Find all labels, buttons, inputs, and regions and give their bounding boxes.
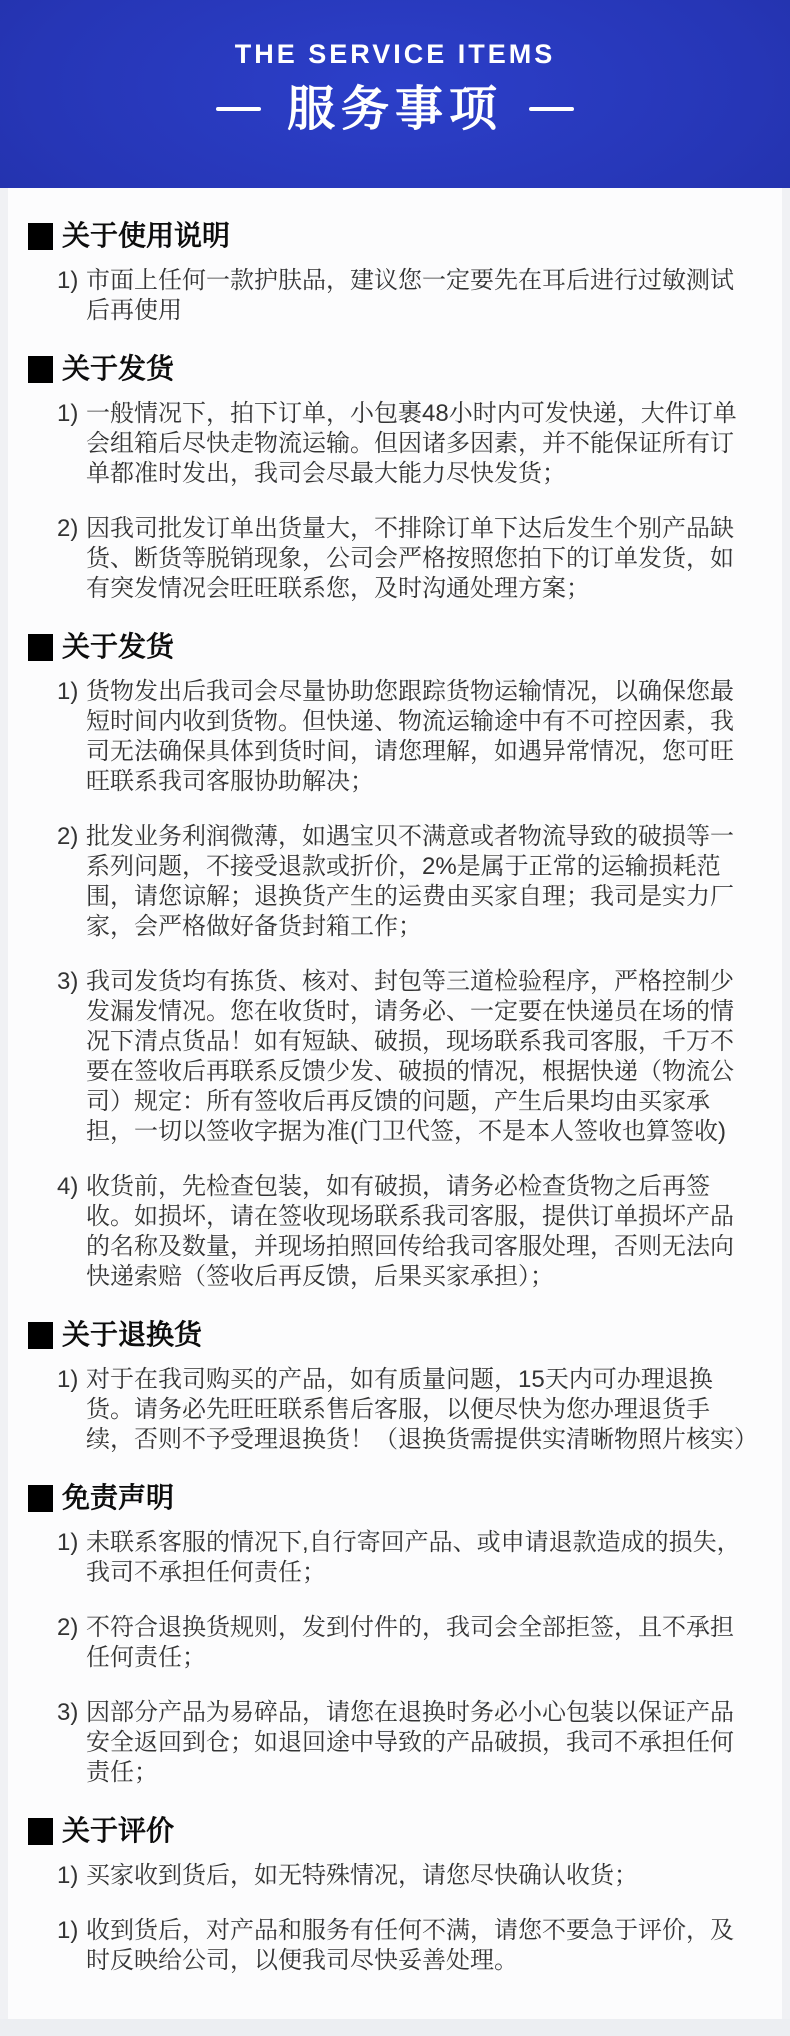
item-number: 1) xyxy=(57,1861,86,1891)
banner-title-row: 服务事项 xyxy=(0,82,790,136)
list-item: 3) 因部分产品为易碎品，请您在退换时务必小心包装以保证产品安全返回到仓；如退回… xyxy=(57,1698,756,1788)
item-text: 批发业务利润微薄，如遇宝贝不满意或者物流导致的破损等一系列问题，不接受退款或折价… xyxy=(86,822,756,942)
list-item: 2) 因我司批发订单出货量大，不排除订单下达后发生个别产品缺货、断货等脱销现象，… xyxy=(57,514,756,604)
black-square-icon xyxy=(28,1485,53,1512)
list-item: 1) 买家收到货后，如无特殊情况，请您尽快确认收货； xyxy=(57,1861,756,1891)
section-header: 关于发货 xyxy=(28,629,756,665)
service-items-page: { "page": { "background_color": "#f0f1f4… xyxy=(0,0,790,2036)
list-item: 2) 批发业务利润微薄，如遇宝贝不满意或者物流导致的破损等一系列问题，不接受退款… xyxy=(57,822,756,942)
service-section: 关于退换货 1) 对于在我司购买的产品，如有质量问题，15天内可办理退换货。请务… xyxy=(8,1317,782,1455)
section-header: 关于评价 xyxy=(28,1813,756,1849)
service-section: 关于发货 1) 货物发出后我司会尽量协助您跟踪货物运输情况，以确保您最短时间内收… xyxy=(8,629,782,1292)
black-square-icon xyxy=(28,634,53,661)
section-title: 关于发货 xyxy=(62,351,174,387)
section-title: 关于退换货 xyxy=(62,1317,202,1353)
section-items: 1) 未联系客服的情况下,自行寄回产品、或申请退款造成的损失，我司不承担任何责任… xyxy=(8,1528,782,1788)
item-text: 我司发货均有拣货、核对、封包等三道检验程序，严格控制少发漏发情况。您在收货时，请… xyxy=(86,967,756,1147)
banner-title-en: THE SERVICE ITEMS xyxy=(0,40,790,68)
item-number: 1) xyxy=(57,1528,86,1588)
item-number: 2) xyxy=(57,514,86,604)
section-items: 1) 市面上任何一款护肤品，建议您一定要先在耳后进行过敏测试后再使用 xyxy=(8,266,782,326)
section-header: 关于使用说明 xyxy=(28,218,756,254)
section-title: 关于评价 xyxy=(62,1813,174,1849)
list-item: 1) 对于在我司购买的产品，如有质量问题，15天内可办理退换货。请务必先旺旺联系… xyxy=(57,1365,756,1455)
section-header: 关于发货 xyxy=(28,351,756,387)
section-title: 关于使用说明 xyxy=(62,218,230,254)
item-number: 4) xyxy=(57,1172,86,1292)
item-text: 不符合退换货规则，发到付件的，我司会全部拒签，且不承担任何责任； xyxy=(86,1613,756,1673)
item-number: 1) xyxy=(57,677,86,797)
banner-title-cn: 服务事项 xyxy=(287,82,503,136)
sections-container: 关于使用说明 1) 市面上任何一款护肤品，建议您一定要先在耳后进行过敏测试后再使… xyxy=(8,218,782,1976)
item-text: 买家收到货后，如无特殊情况，请您尽快确认收货； xyxy=(86,1861,756,1891)
item-number: 3) xyxy=(57,967,86,1147)
service-card: 关于使用说明 1) 市面上任何一款护肤品，建议您一定要先在耳后进行过敏测试后再使… xyxy=(8,188,782,2019)
section-header: 免责声明 xyxy=(28,1480,756,1516)
black-square-icon xyxy=(28,1818,53,1845)
item-number: 3) xyxy=(57,1698,86,1788)
item-number: 1) xyxy=(57,266,86,326)
section-title: 关于发货 xyxy=(62,629,174,665)
left-dash-decoration xyxy=(216,107,261,111)
list-item: 1) 收到货后，对产品和服务有任何不满，请您不要急于评价，及时反映给公司，以便我… xyxy=(57,1916,756,1976)
item-number: 1) xyxy=(57,1916,86,1976)
item-text: 一般情况下，拍下订单，小包裹48小时内可发快递，大件订单会组箱后尽快走物流运输。… xyxy=(86,399,756,489)
item-text: 收货前，先检查包装，如有破损，请务必检查货物之后再签收。如损坏，请在签收现场联系… xyxy=(86,1172,756,1292)
right-dash-decoration xyxy=(529,107,574,111)
list-item: 3) 我司发货均有拣货、核对、封包等三道检验程序，严格控制少发漏发情况。您在收货… xyxy=(57,967,756,1147)
item-text: 收到货后，对产品和服务有任何不满，请您不要急于评价，及时反映给公司，以便我司尽快… xyxy=(86,1916,756,1976)
black-square-icon xyxy=(28,223,53,250)
section-items: 1) 货物发出后我司会尽量协助您跟踪货物运输情况，以确保您最短时间内收到货物。但… xyxy=(8,677,782,1292)
list-item: 1) 未联系客服的情况下,自行寄回产品、或申请退款造成的损失，我司不承担任何责任… xyxy=(57,1528,756,1588)
item-text: 对于在我司购买的产品，如有质量问题，15天内可办理退换货。请务必先旺旺联系售后客… xyxy=(86,1365,756,1455)
item-text: 货物发出后我司会尽量协助您跟踪货物运输情况，以确保您最短时间内收到货物。但快递、… xyxy=(86,677,756,797)
item-text: 因部分产品为易碎品，请您在退换时务必小心包装以保证产品安全返回到仓；如退回途中导… xyxy=(86,1698,756,1788)
list-item: 2) 不符合退换货规则，发到付件的，我司会全部拒签，且不承担任何责任； xyxy=(57,1613,756,1673)
item-text: 市面上任何一款护肤品，建议您一定要先在耳后进行过敏测试后再使用 xyxy=(86,266,756,326)
item-number: 2) xyxy=(57,822,86,942)
section-items: 1) 一般情况下，拍下订单，小包裹48小时内可发快递，大件订单会组箱后尽快走物流… xyxy=(8,399,782,604)
service-section: 关于发货 1) 一般情况下，拍下订单，小包裹48小时内可发快递，大件订单会组箱后… xyxy=(8,351,782,604)
item-text: 因我司批发订单出货量大，不排除订单下达后发生个别产品缺货、断货等脱销现象，公司会… xyxy=(86,514,756,604)
list-item: 1) 市面上任何一款护肤品，建议您一定要先在耳后进行过敏测试后再使用 xyxy=(57,266,756,326)
section-title: 免责声明 xyxy=(62,1480,174,1516)
service-section: 关于使用说明 1) 市面上任何一款护肤品，建议您一定要先在耳后进行过敏测试后再使… xyxy=(8,218,782,326)
service-section: 免责声明 1) 未联系客服的情况下,自行寄回产品、或申请退款造成的损失，我司不承… xyxy=(8,1480,782,1788)
section-items: 1) 买家收到货后，如无特殊情况，请您尽快确认收货； 1) 收到货后，对产品和服… xyxy=(8,1861,782,1976)
black-square-icon xyxy=(28,1322,53,1349)
item-number: 1) xyxy=(57,399,86,489)
item-text: 未联系客服的情况下,自行寄回产品、或申请退款造成的损失，我司不承担任何责任； xyxy=(86,1528,756,1588)
footer-strip xyxy=(0,2019,790,2036)
list-item: 1) 一般情况下，拍下订单，小包裹48小时内可发快递，大件订单会组箱后尽快走物流… xyxy=(57,399,756,489)
section-items: 1) 对于在我司购买的产品，如有质量问题，15天内可办理退换货。请务必先旺旺联系… xyxy=(8,1365,782,1455)
item-number: 1) xyxy=(57,1365,86,1455)
item-number: 2) xyxy=(57,1613,86,1673)
list-item: 1) 货物发出后我司会尽量协助您跟踪货物运输情况，以确保您最短时间内收到货物。但… xyxy=(57,677,756,797)
black-square-icon xyxy=(28,356,53,383)
banner: THE SERVICE ITEMS 服务事项 xyxy=(0,0,790,188)
list-item: 4) 收货前，先检查包装，如有破损，请务必检查货物之后再签收。如损坏，请在签收现… xyxy=(57,1172,756,1292)
service-section: 关于评价 1) 买家收到货后，如无特殊情况，请您尽快确认收货； 1) 收到货后，… xyxy=(8,1813,782,1976)
section-header: 关于退换货 xyxy=(28,1317,756,1353)
